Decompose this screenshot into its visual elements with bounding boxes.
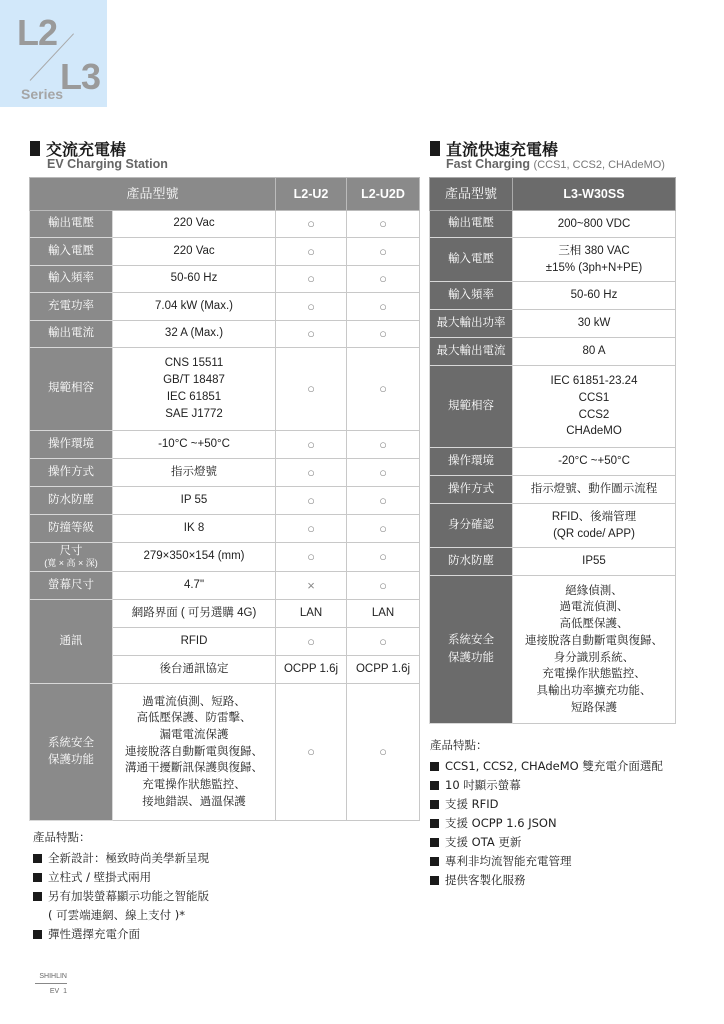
series-label: Series xyxy=(21,86,63,102)
feature-text: 彈性選擇充電介面 xyxy=(48,925,140,944)
ac-table-row: 尺寸(寬 × 高 × 深)279×350×154 (mm)○○ xyxy=(30,543,420,572)
footer-brand: SHIHLIN xyxy=(35,973,67,984)
ac-row-label: 防水防塵 xyxy=(30,487,113,515)
dc-section-subtitle: Fast Charging (CCS1, CCS2, CHAdeMO) xyxy=(446,157,665,171)
dc-row-value: RFID、後端管理 (QR code/ APP) xyxy=(513,504,676,548)
feature-item: 彈性選擇充電介面 xyxy=(33,925,209,944)
ac-row-value: 220 Vac xyxy=(113,238,276,266)
ac-row-value: 32 A (Max.) xyxy=(113,321,276,348)
title-square-icon xyxy=(430,141,440,156)
ac-row-mark-l2u2: ○ xyxy=(276,543,347,572)
row-label-main: 尺寸 xyxy=(32,545,110,559)
ac-comm-l2u2: ○ xyxy=(276,628,347,656)
dc-table-row: 輸入電壓三相 380 VAC ±15% (3ph+N+PE) xyxy=(430,238,676,282)
ac-table-row: 輸入電壓220 Vac○○ xyxy=(30,238,420,266)
feature-text: CCS1, CCS2, CHAdeMO 雙充電介面選配 xyxy=(445,757,663,776)
ac-row-mark-l2u2d: ○ xyxy=(347,487,420,515)
ac-features-title: 產品特點： xyxy=(33,828,209,847)
ac-row-value: 7.04 kW (Max.) xyxy=(113,293,276,321)
ac-comm-l2u2: LAN xyxy=(276,600,347,628)
dc-row-label: 操作方式 xyxy=(430,476,513,504)
ac-row-mark-l2u2: ○ xyxy=(276,515,347,543)
ac-row-label: 輸入頻率 xyxy=(30,266,113,293)
ac-safety-row: 系統安全 保護功能過電流偵測、短路、 高低壓保護、防雷擊、 漏電電流保護 連接脫… xyxy=(30,684,420,821)
ac-row-label: 尺寸(寬 × 高 × 深) xyxy=(30,543,113,572)
ac-comm-row: 通訊網路界面 ( 可另選購 4G)LANLAN xyxy=(30,600,420,628)
feature-text: 立柱式 / 壁掛式兩用 xyxy=(48,868,151,887)
ac-row-mark-l2u2d: ○ xyxy=(347,459,420,487)
ac-table-row: 螢幕尺寸4.7"×○ xyxy=(30,572,420,600)
feature-item: 專利非均流智能充電管理 xyxy=(430,852,663,871)
footer-page-number: EV 1 xyxy=(35,988,67,995)
dc-row-value: 三相 380 VAC ±15% (3ph+N+PE) xyxy=(513,238,676,282)
dc-row-value: 指示燈號、動作圖示流程 xyxy=(513,476,676,504)
ac-row-mark-l2u2: ○ xyxy=(276,487,347,515)
ac-header-model-l2u2: L2-U2 xyxy=(276,178,347,211)
ac-table-row: 充電功率7.04 kW (Max.)○○ xyxy=(30,293,420,321)
series-badge: L2 L3 Series xyxy=(0,0,107,107)
ac-header-model-label: 產品型號 xyxy=(30,178,276,211)
dc-row-label: 最大輸出功率 xyxy=(430,310,513,338)
dc-row-value: 80 A xyxy=(513,338,676,366)
ac-row-value: 4.7" xyxy=(113,572,276,600)
dc-row-value: IP55 xyxy=(513,548,676,576)
ac-row-mark-l2u2d: ○ xyxy=(347,348,420,431)
ac-row-mark-l2u2: ○ xyxy=(276,459,347,487)
ac-table-row: 操作方式指示燈號○○ xyxy=(30,459,420,487)
square-bullet-icon xyxy=(33,854,42,863)
dc-features: 產品特點： CCS1, CCS2, CHAdeMO 雙充電介面選配10 吋顯示螢… xyxy=(430,736,663,890)
ac-row-mark-l2u2: ○ xyxy=(276,431,347,459)
ac-row-value: IP 55 xyxy=(113,487,276,515)
dc-table-row: 最大輸出功率30 kW xyxy=(430,310,676,338)
ac-comm-label: 通訊 xyxy=(30,600,113,684)
ac-table-row: 輸入頻率50-60 Hz○○ xyxy=(30,266,420,293)
ac-features: 產品特點： 全新設計：極致時尚美學新呈現立柱式 / 壁掛式兩用另有加裝螢幕顯示功… xyxy=(33,828,209,944)
dc-row-value: 30 kW xyxy=(513,310,676,338)
ac-row-label: 規範相容 xyxy=(30,348,113,431)
dc-row-label: 系統安全 保護功能 xyxy=(430,576,513,724)
ac-comm-l2u2: OCPP 1.6j xyxy=(276,656,347,684)
square-bullet-icon xyxy=(430,819,439,828)
ac-row-label: 輸出電壓 xyxy=(30,211,113,238)
ac-row-label: 螢幕尺寸 xyxy=(30,572,113,600)
dc-row-label: 身分確認 xyxy=(430,504,513,548)
dc-row-value: 200~800 VDC xyxy=(513,211,676,238)
ac-row-label: 操作方式 xyxy=(30,459,113,487)
ac-section-subtitle: EV Charging Station xyxy=(47,157,168,171)
ac-row-value: 220 Vac xyxy=(113,211,276,238)
dc-row-label: 防水防塵 xyxy=(430,548,513,576)
ac-row-label: 防撞等級 xyxy=(30,515,113,543)
ac-safety-value: 過電流偵測、短路、 高低壓保護、防雷擊、 漏電電流保護 連接脫落自動斷電與復歸、… xyxy=(113,684,276,821)
dc-table-row: 防水防塵IP55 xyxy=(430,548,676,576)
ac-row-label: 操作環境 xyxy=(30,431,113,459)
ac-table-row: 防水防塵IP 55○○ xyxy=(30,487,420,515)
feature-text: 10 吋顯示螢幕 xyxy=(445,776,521,795)
feature-item: 支援 OTA 更新 xyxy=(430,833,663,852)
ac-row-value: CNS 15511 GB/T 18487 IEC 61851 SAE J1772 xyxy=(113,348,276,431)
ac-row-mark-l2u2d: ○ xyxy=(347,572,420,600)
ac-row-mark-l2u2d: ○ xyxy=(347,321,420,348)
square-bullet-icon xyxy=(430,762,439,771)
dc-header-model-l3w30ss: L3-W30SS xyxy=(513,178,676,211)
ac-row-value: 指示燈號 xyxy=(113,459,276,487)
feature-text: 支援 RFID xyxy=(445,795,499,814)
series-l2-text: L2 xyxy=(17,12,57,54)
ac-row-mark-l2u2: ○ xyxy=(276,348,347,431)
ac-row-value: IK 8 xyxy=(113,515,276,543)
dc-table-row: 系統安全 保護功能絕緣偵測、 過電流偵測、 高低壓保護、 連接脫落自動斷電與復歸… xyxy=(430,576,676,724)
ac-row-value: 279×350×154 (mm) xyxy=(113,543,276,572)
ac-comm-l2u2d: OCPP 1.6j xyxy=(347,656,420,684)
ac-row-mark-l2u2d: ○ xyxy=(347,543,420,572)
ac-table-row: 輸出電壓220 Vac○○ xyxy=(30,211,420,238)
dc-table-row: 規範相容IEC 61851-23.24 CCS1 CCS2 CHAdeMO xyxy=(430,366,676,448)
dc-subtitle-text: Fast Charging xyxy=(446,157,530,171)
dc-header-row: 產品型號 L3-W30SS xyxy=(430,178,676,211)
dc-features-title: 產品特點： xyxy=(430,736,663,755)
square-bullet-icon xyxy=(33,873,42,882)
ac-table-row: 規範相容CNS 15511 GB/T 18487 IEC 61851 SAE J… xyxy=(30,348,420,431)
feature-item: 提供客製化服務 xyxy=(430,871,663,890)
ac-row-mark-l2u2: ○ xyxy=(276,266,347,293)
feature-item: 支援 RFID xyxy=(430,795,663,814)
dc-spec-table: 產品型號 L3-W30SS 輸出電壓200~800 VDC輸入電壓三相 380 … xyxy=(429,177,676,724)
ac-safety-l2u2d: ○ xyxy=(347,684,420,821)
ac-safety-l2u2: ○ xyxy=(276,684,347,821)
ac-row-mark-l2u2d: ○ xyxy=(347,431,420,459)
ac-row-mark-l2u2d: ○ xyxy=(347,293,420,321)
ac-row-mark-l2u2: ○ xyxy=(276,211,347,238)
dc-table-row: 輸入頻率50-60 Hz xyxy=(430,282,676,310)
ac-row-mark-l2u2d: ○ xyxy=(347,238,420,266)
square-bullet-icon xyxy=(430,876,439,885)
dc-table-row: 操作環境-20°C ~+50°C xyxy=(430,448,676,476)
ac-header-row: 產品型號 L2-U2 L2-U2D xyxy=(30,178,420,211)
ac-row-label: 輸出電流 xyxy=(30,321,113,348)
ac-header-model-l2u2d: L2-U2D xyxy=(347,178,420,211)
dc-row-label: 操作環境 xyxy=(430,448,513,476)
dc-table-row: 操作方式指示燈號、動作圖示流程 xyxy=(430,476,676,504)
dc-row-value: 絕緣偵測、 過電流偵測、 高低壓保護、 連接脫落自動斷電與復歸、 身分識別系統、… xyxy=(513,576,676,724)
ac-comm-value: 網路界面 ( 可另選購 4G) xyxy=(113,600,276,628)
ac-table-row: 防撞等級IK 8○○ xyxy=(30,515,420,543)
square-bullet-icon xyxy=(430,857,439,866)
ac-table-row: 輸出電流32 A (Max.)○○ xyxy=(30,321,420,348)
series-l3-text: L3 xyxy=(60,56,100,98)
ac-row-value: -10°C ~+50°C xyxy=(113,431,276,459)
feature-text: 提供客製化服務 xyxy=(445,871,526,890)
dc-table-row: 身分確認RFID、後端管理 (QR code/ APP) xyxy=(430,504,676,548)
feature-item: 另有加裝螢幕顯示功能之智能版 ( 可雲端連網、線上支付 )* xyxy=(33,887,209,925)
dc-row-label: 最大輸出電流 xyxy=(430,338,513,366)
ac-row-mark-l2u2: ○ xyxy=(276,238,347,266)
feature-item: 支援 OCPP 1.6 JSON xyxy=(430,814,663,833)
ac-row-label: 輸入電壓 xyxy=(30,238,113,266)
ac-comm-l2u2d: ○ xyxy=(347,628,420,656)
square-bullet-icon xyxy=(430,838,439,847)
feature-item: CCS1, CCS2, CHAdeMO 雙充電介面選配 xyxy=(430,757,663,776)
ac-row-mark-l2u2d: ○ xyxy=(347,515,420,543)
ac-spec-table: 產品型號 L2-U2 L2-U2D 輸出電壓220 Vac○○輸入電壓220 V… xyxy=(29,177,420,821)
dc-subtitle-connectors: (CCS1, CCS2, CHAdeMO) xyxy=(534,159,665,171)
dc-row-label: 輸入頻率 xyxy=(430,282,513,310)
row-label-sub: (寬 × 高 × 深) xyxy=(32,559,110,569)
dc-row-value: 50-60 Hz xyxy=(513,282,676,310)
feature-item: 10 吋顯示螢幕 xyxy=(430,776,663,795)
feature-text: 支援 OTA 更新 xyxy=(445,833,521,852)
dc-row-label: 規範相容 xyxy=(430,366,513,448)
dc-header-model-label: 產品型號 xyxy=(430,178,513,211)
ac-row-label: 充電功率 xyxy=(30,293,113,321)
ac-row-mark-l2u2: ○ xyxy=(276,321,347,348)
ac-row-mark-l2u2: × xyxy=(276,572,347,600)
ac-comm-value: RFID xyxy=(113,628,276,656)
dc-table-row: 輸出電壓200~800 VDC xyxy=(430,211,676,238)
dc-table-row: 最大輸出電流80 A xyxy=(430,338,676,366)
ac-row-mark-l2u2: ○ xyxy=(276,293,347,321)
ac-row-value: 50-60 Hz xyxy=(113,266,276,293)
ac-table-row: 操作環境-10°C ~+50°C○○ xyxy=(30,431,420,459)
square-bullet-icon xyxy=(33,930,42,939)
title-square-icon xyxy=(30,141,40,156)
dc-row-value: -20°C ~+50°C xyxy=(513,448,676,476)
ac-row-mark-l2u2d: ○ xyxy=(347,266,420,293)
feature-item: 立柱式 / 壁掛式兩用 xyxy=(33,868,209,887)
ac-comm-value: 後台通訊協定 xyxy=(113,656,276,684)
dc-row-value: IEC 61851-23.24 CCS1 CCS2 CHAdeMO xyxy=(513,366,676,448)
page-footer: SHIHLIN EV 1 xyxy=(35,973,67,995)
feature-text: 另有加裝螢幕顯示功能之智能版 ( 可雲端連網、線上支付 )* xyxy=(48,887,209,925)
ac-row-mark-l2u2d: ○ xyxy=(347,211,420,238)
square-bullet-icon xyxy=(430,800,439,809)
square-bullet-icon xyxy=(33,892,42,901)
square-bullet-icon xyxy=(430,781,439,790)
dc-row-label: 輸出電壓 xyxy=(430,211,513,238)
feature-text: 全新設計：極致時尚美學新呈現 xyxy=(48,849,209,868)
ac-comm-l2u2d: LAN xyxy=(347,600,420,628)
feature-item: 全新設計：極致時尚美學新呈現 xyxy=(33,849,209,868)
feature-text: 專利非均流智能充電管理 xyxy=(445,852,572,871)
feature-text: 支援 OCPP 1.6 JSON xyxy=(445,814,557,833)
dc-row-label: 輸入電壓 xyxy=(430,238,513,282)
ac-safety-label: 系統安全 保護功能 xyxy=(30,684,113,821)
